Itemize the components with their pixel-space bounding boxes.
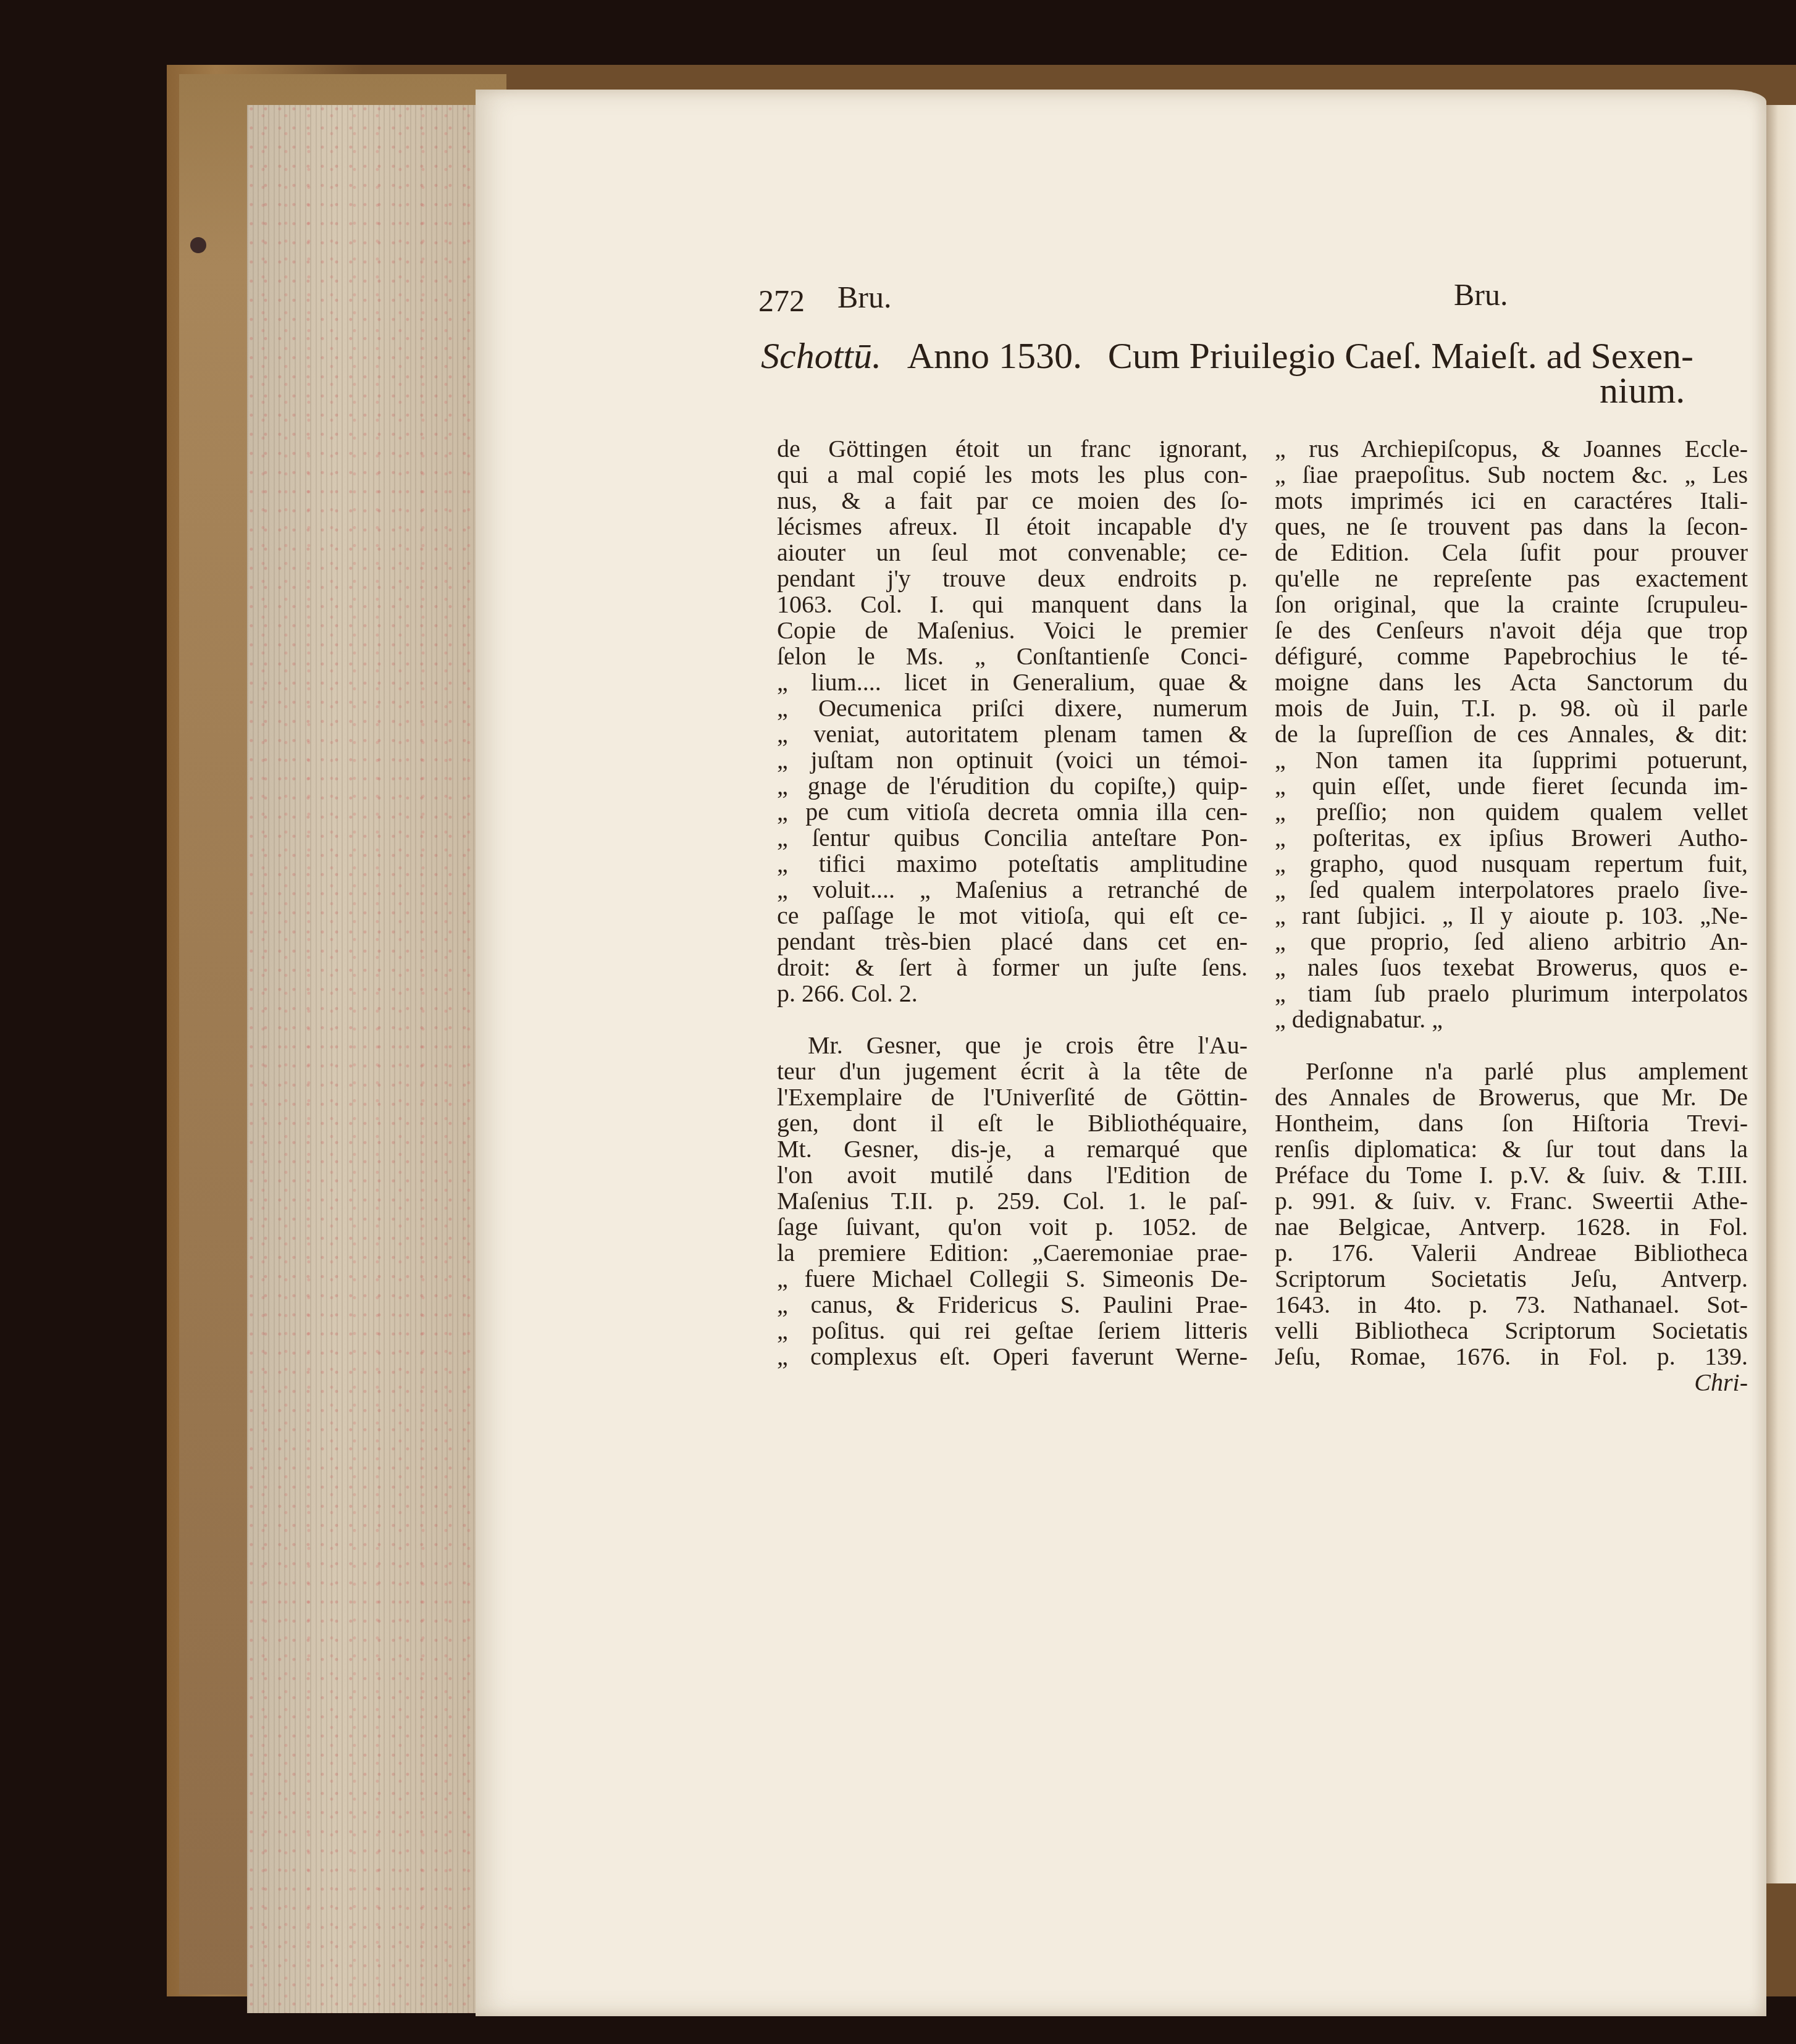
text-line: „ tiam ſub praelo plurimum interpolatos	[1275, 981, 1748, 1007]
text-line: „ dedignabatur. „	[1275, 1007, 1748, 1032]
running-head-left: Bru.	[837, 279, 892, 315]
text-line: „ ſed qualem interpolatores praelo ſive-	[1275, 877, 1748, 903]
facing-page-edge	[1766, 105, 1796, 1883]
text-line: nae Belgicae, Antverp. 1628. in Fol.	[1275, 1214, 1748, 1240]
text-line: velli Bibliotheca Scriptorum Societatis	[1275, 1318, 1748, 1344]
text-line: pendant très-bien placé dans cet en-	[777, 929, 1248, 955]
text-line: l'Exemplaire de l'Univerſité de Göttin-	[777, 1084, 1248, 1110]
text-line: „ rant ſubjici. „ Il y aioute p. 103. „N…	[1275, 903, 1748, 929]
text-line: Perſonne n'a parlé plus amplement	[1275, 1058, 1748, 1084]
text-line: qu'elle ne repreſente pas exactement	[1275, 566, 1748, 592]
text-line: l'on avoit mutilé dans l'Edition de	[777, 1162, 1248, 1188]
text-line: „ quin eſſet, unde fieret ſecunda im-	[1275, 773, 1748, 799]
text-line: moigne dans les Acta Sanctorum du	[1275, 669, 1748, 695]
left-column: de Göttingen étoit un franc ignorant, qu…	[777, 436, 1248, 1370]
text-line: ſon original, que la crainte ſcrupuleu-	[1275, 592, 1748, 618]
paragraph-gap	[777, 1007, 1248, 1032]
text-line: p. 991. & ſuiv. v. Franc. Sweertii Athe-	[1275, 1188, 1748, 1214]
text-line: défiguré, comme Papebrochius le té-	[1275, 643, 1748, 669]
text-line: Mr. Gesner, que je crois être l'Au-	[777, 1032, 1248, 1058]
text-line: „ preſſio; non quidem qualem vellet	[1275, 799, 1748, 825]
text-line: ſelon le Ms. „ Conſtantienſe Conci-	[777, 643, 1248, 669]
text-line: „ poſteritas, ex ipſius Broweri Autho-	[1275, 825, 1748, 851]
text-line: „ juſtam non optinuit (voici un témoi-	[777, 747, 1248, 773]
text-line: des Annales de Browerus, que Mr. De	[1275, 1084, 1748, 1110]
text-line: pendant j'y trouve deux endroits p.	[777, 566, 1248, 592]
text-line: renſis diplomatica: & ſur tout dans la	[1275, 1136, 1748, 1162]
text-line: de Edition. Cela ſufit pour prouver	[1275, 540, 1748, 566]
text-line: mois de Juin, T.I. p. 98. où il parle	[1275, 695, 1748, 721]
text-line: „ que proprio, ſed alieno arbitrio An-	[1275, 929, 1748, 955]
text-line: „ complexus eſt. Operi faverunt Werne-	[777, 1344, 1248, 1370]
text-line: lécismes afreux. Il étoit incapable d'y	[777, 514, 1248, 540]
page-fore-edge	[247, 105, 477, 2013]
text-line: „ gnage de l'érudition du copiſte,) quip…	[777, 773, 1248, 799]
running-head-right: Bru.	[1454, 277, 1508, 312]
text-line: „ Oecumenica priſci dixere, numerum	[777, 695, 1248, 721]
right-column: „ rus Archiepiſcopus, & Joannes Eccle- „…	[1275, 436, 1748, 1396]
text-line: ſe des Cenſeurs n'avoit déja que trop	[1275, 618, 1748, 643]
text-line: p. 266. Col. 2.	[777, 981, 1248, 1007]
text-line: Maſenius T.II. p. 259. Col. 1. le paſ-	[777, 1188, 1248, 1214]
text-line: ce paſſage le mot vitioſa, qui eſt ce-	[777, 903, 1248, 929]
page-number: 272	[758, 283, 805, 319]
text-line: nus, & a fait par ce moien des ſo-	[777, 488, 1248, 514]
text-line: Hontheim, dans ſon Hiſtoria Trevi-	[1275, 1110, 1748, 1136]
text-line: ques, ne ſe trouvent pas dans la ſecon-	[1275, 514, 1748, 540]
colophon-line: Schottū. Anno 1530. Cum Priuilegio Caeſ.…	[761, 335, 1693, 377]
text-line: „ poſitus. qui rei geſtae ſeriem litteri…	[777, 1318, 1248, 1344]
clasp-hole	[190, 237, 206, 253]
text-line: gen, dont il eſt le Bibliothéquaire,	[777, 1110, 1248, 1136]
text-line: „ canus, & Fridericus S. Paulini Prae-	[777, 1292, 1248, 1318]
imprint-year: Anno 1530.	[907, 335, 1082, 377]
text-line: „ tifici maximo poteſtatis amplitudine	[777, 851, 1248, 877]
printer-name: Schottū.	[761, 335, 881, 377]
text-line: aiouter un ſeul mot convenable; ce-	[777, 540, 1248, 566]
text-line: „ voluit.... „ Maſenius a retranché de	[777, 877, 1248, 903]
text-line: ſage ſuivant, qu'on voit p. 1052. de	[777, 1214, 1248, 1240]
text-line: teur d'un jugement écrit à la tête de	[777, 1058, 1248, 1084]
text-line: „ veniat, autoritatem plenam tamen &	[777, 721, 1248, 747]
text-line: Jeſu, Romae, 1676. in Fol. p. 139.	[1275, 1344, 1748, 1370]
text-line: de la ſupreſſion de ces Annales, & dit:	[1275, 721, 1748, 747]
text-line: Mt. Gesner, dis-je, a remarqué que	[777, 1136, 1248, 1162]
text-line: „ lium.... licet in Generalium, quae &	[777, 669, 1248, 695]
text-line: „ rus Archiepiſcopus, & Joannes Eccle-	[1275, 436, 1748, 462]
text-line: Préface du Tome I. p.V. & ſuiv. & T.III.	[1275, 1162, 1748, 1188]
text-line: „ ſiae praepoſitus. Sub noctem &c. „ Les	[1275, 462, 1748, 488]
text-line: droit: & ſert à former un juſte ſens.	[777, 955, 1248, 981]
text-line: „ Non tamen ita ſupprimi potuerunt,	[1275, 747, 1748, 773]
text-line: „ pe cum vitioſa decreta omnia illa cen-	[777, 799, 1248, 825]
text-line: Copie de Maſenius. Voici le premier	[777, 618, 1248, 643]
text-line: „ nales ſuos texebat Browerus, quos e-	[1275, 955, 1748, 981]
text-line: p. 176. Valerii Andreae Bibliotheca	[1275, 1240, 1748, 1266]
privilege-continuation: nium.	[1600, 369, 1685, 412]
paragraph-gap	[1275, 1032, 1748, 1058]
text-line: mots imprimés ici en caractéres Itali-	[1275, 488, 1748, 514]
text-line: Scriptorum Societatis Jeſu, Antverp.	[1275, 1266, 1748, 1292]
text-line: „ fuere Michael Collegii S. Simeonis De-	[777, 1266, 1248, 1292]
text-line: „ ſentur quibus Concilia anteſtare Pon-	[777, 825, 1248, 851]
text-line: la premiere Edition: „Caeremoniae prae-	[777, 1240, 1248, 1266]
text-line: de Göttingen étoit un franc ignorant,	[777, 436, 1248, 462]
text-line: „ grapho, quod nusquam repertum fuit,	[1275, 851, 1748, 877]
text-line: 1063. Col. I. qui manquent dans la	[777, 592, 1248, 618]
text-line: qui a mal copié les mots les plus con-	[777, 462, 1248, 488]
catchword: Chri-	[1275, 1370, 1748, 1396]
text-line: 1643. in 4to. p. 73. Nathanael. Sot-	[1275, 1292, 1748, 1318]
